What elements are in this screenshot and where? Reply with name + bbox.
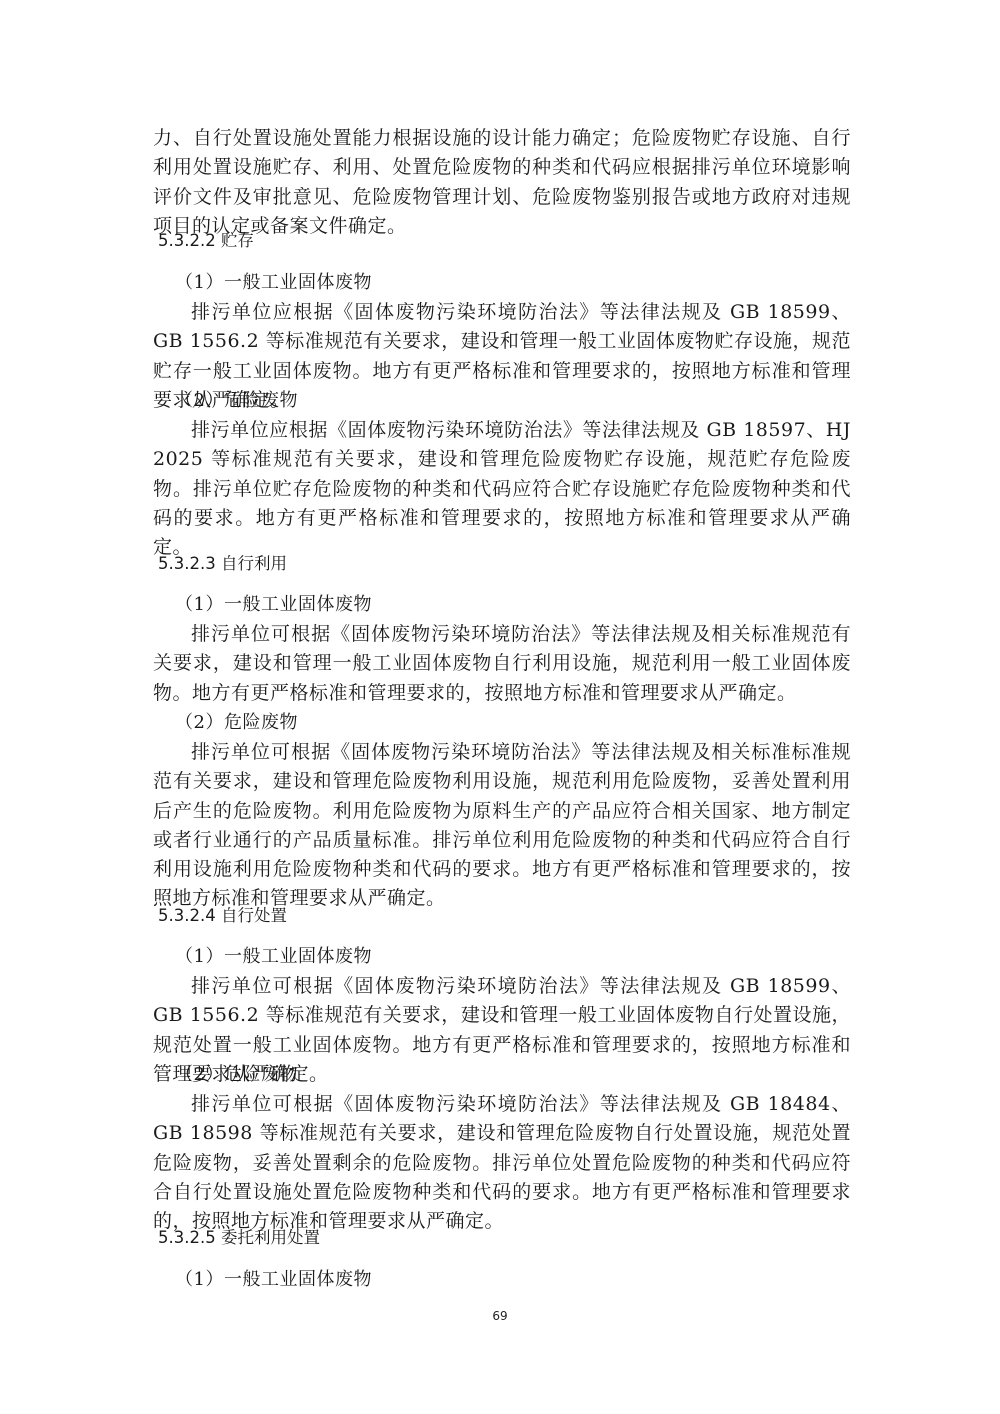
continuation-paragraph: 力、自行处置设施处置能力根据设施的设计能力确定；危险废物贮存设施、自行利用处置设… [153, 124, 851, 241]
item-label: （1）一般工业固体废物 [175, 1267, 372, 1293]
item-paragraph: 排污单位可根据《固体废物污染环境防治法》等法律法规及 GB 18484、GB 1… [153, 1090, 851, 1236]
item-label: （2）危险废物 [175, 710, 298, 736]
item-label: （2）危险废物 [175, 1062, 298, 1088]
section-heading-5-3-2-4: 5.3.2.4 自行处置 [158, 904, 287, 928]
section-heading-5-3-2-3: 5.3.2.3 自行利用 [158, 552, 287, 576]
section-heading-5-3-2-2: 5.3.2.2 贮存 [158, 229, 254, 253]
section-heading-5-3-2-5: 5.3.2.5 委托利用处置 [158, 1226, 320, 1250]
item-label: （2）危险废物 [175, 388, 298, 414]
item-paragraph: 排污单位应根据《固体废物污染环境防治法》等法律法规及 GB 18597、HJ 2… [153, 416, 851, 562]
item-label: （1）一般工业固体废物 [175, 944, 372, 970]
item-paragraph: 排污单位可根据《固体废物污染环境防治法》等法律法规及相关标准标准规范有关要求，建… [153, 738, 851, 914]
item-label: （1）一般工业固体废物 [175, 270, 372, 296]
item-label: （1）一般工业固体废物 [175, 592, 372, 618]
item-paragraph: 排污单位可根据《固体废物污染环境防治法》等法律法规及相关标准规范有关要求，建设和… [153, 620, 851, 708]
page-number: 69 [0, 1309, 1000, 1323]
